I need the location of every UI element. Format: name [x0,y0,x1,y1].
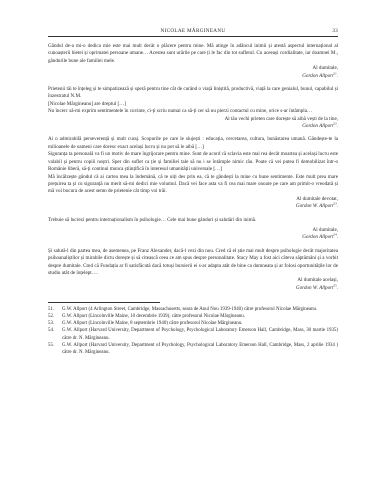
letter-closing: Al dumitale, [48,227,338,234]
letter-signature: Gordon Allport54. [48,234,338,241]
letter-paragraph: Nu încerc să-mi exprim sentimentele în c… [48,108,338,115]
letter-excerpt: Și salută-l din partea mea, de asemenea,… [48,248,338,292]
letter-paragraph: Ai o admirabilă perseverență și mult cur… [48,136,338,151]
letter-paragraph: [Nicolae Mărgineanu] are dreptul […] [48,101,338,108]
letter-paragraph: Prietenii tăi te înțeleg și te simpatize… [48,86,338,101]
running-title: NICOLAE MĂRGINEANU [48,28,326,34]
letter-paragraph: Trebuie să lucrezi pentru internaționali… [48,217,338,224]
footnote-text: G.W. Allport (4 Arlington Street, Cambri… [62,306,338,313]
letter-excerpt: Prietenii tăi te înțeleg și te simpatize… [48,86,338,130]
letter-excerpt: Ai o admirabilă perseverență și mult cur… [48,136,338,210]
footnote-number: 55. [48,342,62,356]
page-body: Gândul de-a mi-o dedica mie este mai mul… [48,43,338,292]
footnote-ref[interactable]: 53 [334,201,337,205]
footnote-number: 53. [48,320,62,327]
footnote-number: 52. [48,313,62,320]
footnote-ref[interactable]: 54 [334,233,337,237]
footnote-ref[interactable]: 55 [334,283,337,287]
footnote-item: 54. G.W. Allport (Harvard University, De… [48,327,338,341]
footnotes: 51. G.W. Allport (4 Arlington Street, Ca… [48,306,338,356]
letter-paragraph: Siguranța ta personală va fi un motiv de… [48,151,338,173]
document-page: NICOLAE MĂRGINEANU 33 Gândul de-a mi-o d… [48,28,338,356]
letter-paragraph: Mă încălzește gândul că ai cartea mea la… [48,174,338,196]
letter-paragraph: Gândul de-a mi-o dedica mie este mai mul… [48,43,338,65]
letter-closing: Al dumitale devotat, [48,196,338,203]
letter-signature: Gordon Allport51. [48,73,338,80]
letter-excerpt: Gândul de-a mi-o dedica mie este mai mul… [48,43,338,80]
footnote-text: G.W. Allport (Lincolnville Maine, 10 dec… [62,313,338,320]
footnote-text: G.W. Allport (Harvard University, Depart… [62,327,338,341]
footnote-text: G.W. Allport (Harvard University, Depart… [62,342,338,356]
page-number: 33 [326,28,338,34]
letter-closing: Al dumitale același, [48,277,338,284]
footnote-item: 53. G.W. Allport (Lincolnville Maine, 8 … [48,320,338,327]
footnote-text: G.W. Allport (Lincolnville Maine, 8 sept… [62,320,338,327]
letter-signature: Gordon W. Allport53. [48,203,338,210]
footnote-number: 51. [48,306,62,313]
letter-signature: Gordon W. Allport55. [48,285,338,292]
footnote-ref[interactable]: 52 [334,121,337,125]
letter-closing: Al dumitale, [48,65,338,72]
running-header: NICOLAE MĂRGINEANU 33 [48,28,338,37]
footnote-number: 54. [48,327,62,341]
footnote-item: 51. G.W. Allport (4 Arlington Street, Ca… [48,306,338,313]
letter-paragraph: Și salută-l din partea mea, de asemenea,… [48,248,338,278]
footnote-ref[interactable]: 51 [334,71,337,75]
footnote-divider [48,302,160,303]
footnote-item: 55. G.W. Allport (Harvard University, De… [48,342,338,356]
footnote-item: 52. G.W. Allport (Lincolnville Maine, 10… [48,313,338,320]
letter-excerpt: Trebuie să lucrezi pentru internaționali… [48,217,338,242]
letter-signature: Gordon Allport52. [48,123,338,130]
letter-closing: Al tău vechi prieten care dorește să aib… [48,116,338,123]
